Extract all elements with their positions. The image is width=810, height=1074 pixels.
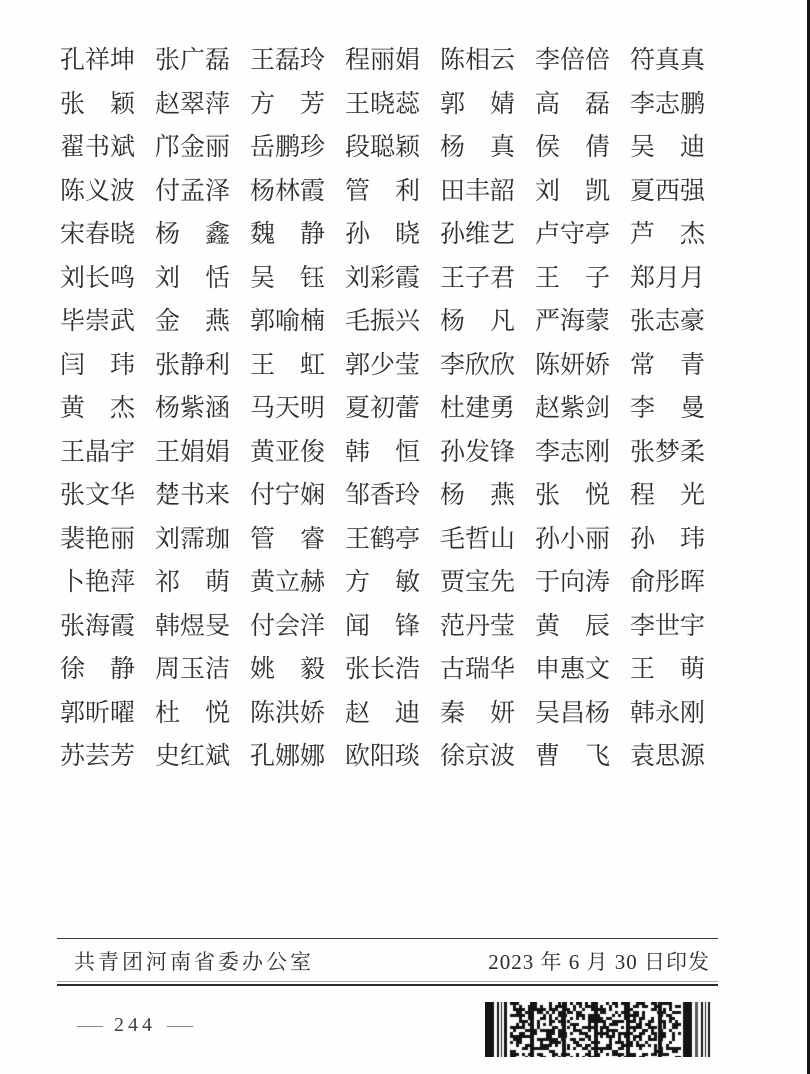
footer-bottom-rule	[57, 984, 718, 986]
name-cell: 孔娜娜	[250, 735, 325, 779]
name-cell: 王子	[535, 257, 610, 301]
name-cell: 陈相云	[440, 39, 515, 83]
name-cell: 毛振兴	[345, 300, 420, 344]
name-cell: 吴钰	[250, 257, 325, 301]
name-cell: 李曼	[630, 387, 705, 431]
name-cell: 郭昕曜	[60, 692, 135, 736]
name-cell: 刘恬	[155, 257, 230, 301]
name-cell: 王虹	[250, 344, 325, 388]
name-cell: 方敏	[345, 561, 420, 605]
name-cell: 赵翠萍	[155, 83, 230, 127]
name-cell: 杨燕	[440, 474, 515, 518]
name-cell: 姚毅	[250, 648, 325, 692]
name-cell: 郭喻楠	[250, 300, 325, 344]
name-cell: 黄立赫	[250, 561, 325, 605]
name-cell: 卜艳萍	[60, 561, 135, 605]
name-cell: 严海蒙	[535, 300, 610, 344]
name-cell: 王萌	[630, 648, 705, 692]
name-cell: 吴昌杨	[535, 692, 610, 736]
name-cell: 贾宝先	[440, 561, 515, 605]
name-cell: 赵迪	[345, 692, 420, 736]
name-cell: 韩永刚	[630, 692, 705, 736]
name-cell: 金燕	[155, 300, 230, 344]
name-cell: 韩恒	[345, 431, 420, 475]
name-cell: 徐静	[60, 648, 135, 692]
name-cell: 黄辰	[535, 605, 610, 649]
name-cell: 张悦	[535, 474, 610, 518]
name-cell: 杨鑫	[155, 213, 230, 257]
name-cell: 刘霈珈	[155, 518, 230, 562]
document-barcode	[485, 1002, 712, 1057]
footer-top-rule	[57, 938, 718, 939]
name-cell: 张长浩	[345, 648, 420, 692]
name-cell: 郭少莹	[345, 344, 420, 388]
name-cell: 吴迪	[630, 126, 705, 170]
name-cell: 张广磊	[155, 39, 230, 83]
name-cell: 古瑞华	[440, 648, 515, 692]
name-cell: 孙维艺	[440, 213, 515, 257]
name-cell: 闫玮	[60, 344, 135, 388]
name-cell: 李志刚	[535, 431, 610, 475]
name-cell: 刘凯	[535, 170, 610, 214]
name-cell: 岳鹏珍	[250, 126, 325, 170]
name-cell: 张志豪	[630, 300, 705, 344]
name-cell: 陈妍娇	[535, 344, 610, 388]
name-cell: 黄杰	[60, 387, 135, 431]
name-cell: 常青	[630, 344, 705, 388]
name-cell: 陈洪娇	[250, 692, 325, 736]
footer-bottom-rule-echo	[57, 981, 718, 982]
name-cell: 袁思源	[630, 735, 705, 779]
name-cell: 李世宇	[630, 605, 705, 649]
name-cell: 张海霞	[60, 605, 135, 649]
name-cell: 赵紫剑	[535, 387, 610, 431]
name-cell: 王晓蕊	[345, 83, 420, 127]
name-cell: 欧阳琰	[345, 735, 420, 779]
name-cell: 张文华	[60, 474, 135, 518]
document-page: 孔祥坤张广磊王磊玲程丽娟陈相云李倍倍符真真张颖赵翠萍方芳王晓蕊郭婧高磊李志鹏翟书…	[0, 0, 810, 1074]
name-cell: 王子君	[440, 257, 515, 301]
name-cell: 孙晓	[345, 213, 420, 257]
footer: 共青团河南省委办公室 2023 年 6 月 30 日印发	[57, 948, 718, 974]
name-cell: 芦杰	[630, 213, 705, 257]
name-cell: 邹香玲	[345, 474, 420, 518]
name-cell: 马天明	[250, 387, 325, 431]
name-cell: 卢守亭	[535, 213, 610, 257]
name-cell: 韩煜旻	[155, 605, 230, 649]
name-cell: 陈义波	[60, 170, 135, 214]
name-cell: 李志鹏	[630, 83, 705, 127]
name-cell: 孙小丽	[535, 518, 610, 562]
name-cell: 秦妍	[440, 692, 515, 736]
name-cell: 田丰韶	[440, 170, 515, 214]
name-cell: 于向涛	[535, 561, 610, 605]
name-cell: 侯倩	[535, 126, 610, 170]
name-cell: 付宁娴	[250, 474, 325, 518]
name-cell: 刘彩霞	[345, 257, 420, 301]
name-cell: 杨林霞	[250, 170, 325, 214]
name-grid: 孔祥坤张广磊王磊玲程丽娟陈相云李倍倍符真真张颖赵翠萍方芳王晓蕊郭婧高磊李志鹏翟书…	[60, 39, 705, 779]
name-cell: 邝金丽	[155, 126, 230, 170]
name-cell: 夏初蕾	[345, 387, 420, 431]
name-cell: 黄亚俊	[250, 431, 325, 475]
page-number-dash-right: —	[167, 1014, 193, 1037]
name-cell: 杨凡	[440, 300, 515, 344]
name-cell: 刘长鸣	[60, 257, 135, 301]
name-cell: 管睿	[250, 518, 325, 562]
name-cell: 王娟娟	[155, 431, 230, 475]
name-cell: 张梦柔	[630, 431, 705, 475]
page-number-dash-left: —	[77, 1014, 103, 1037]
name-cell: 李倍倍	[535, 39, 610, 83]
name-cell: 程丽娟	[345, 39, 420, 83]
name-cell: 苏芸芳	[60, 735, 135, 779]
name-cell: 宋春晓	[60, 213, 135, 257]
name-cell: 周玉洁	[155, 648, 230, 692]
name-cell: 郑月月	[630, 257, 705, 301]
name-cell: 曹飞	[535, 735, 610, 779]
name-cell: 李欣欣	[440, 344, 515, 388]
name-cell: 孙玮	[630, 518, 705, 562]
name-cell: 张静利	[155, 344, 230, 388]
name-cell: 魏静	[250, 213, 325, 257]
name-cell: 管利	[345, 170, 420, 214]
page-number-value: 244	[114, 1014, 156, 1037]
name-cell: 杜建勇	[440, 387, 515, 431]
name-cell: 付会洋	[250, 605, 325, 649]
page-number: — 244 —	[80, 1014, 190, 1037]
name-cell: 杜悦	[155, 692, 230, 736]
name-cell: 段聪颖	[345, 126, 420, 170]
name-cell: 毛哲山	[440, 518, 515, 562]
name-cell: 史红斌	[155, 735, 230, 779]
print-date: 2023 年 6 月 30 日印发	[488, 946, 710, 976]
issuing-office: 共青团河南省委办公室	[74, 946, 314, 976]
name-cell: 申惠文	[535, 648, 610, 692]
name-cell: 程光	[630, 474, 705, 518]
name-cell: 方芳	[250, 83, 325, 127]
name-cell: 裴艳丽	[60, 518, 135, 562]
name-cell: 杨真	[440, 126, 515, 170]
name-cell: 楚书来	[155, 474, 230, 518]
name-cell: 翟书斌	[60, 126, 135, 170]
name-cell: 徐京波	[440, 735, 515, 779]
name-cell: 孔祥坤	[60, 39, 135, 83]
name-cell: 符真真	[630, 39, 705, 83]
name-cell: 闻锋	[345, 605, 420, 649]
name-cell: 郭婧	[440, 83, 515, 127]
name-cell: 范丹莹	[440, 605, 515, 649]
name-cell: 高磊	[535, 83, 610, 127]
name-cell: 祁萌	[155, 561, 230, 605]
name-cell: 王鹤亭	[345, 518, 420, 562]
name-cell: 王磊玲	[250, 39, 325, 83]
name-cell: 夏西强	[630, 170, 705, 214]
name-cell: 王晶宇	[60, 431, 135, 475]
name-cell: 付孟泽	[155, 170, 230, 214]
name-cell: 孙发锋	[440, 431, 515, 475]
name-cell: 杨紫涵	[155, 387, 230, 431]
name-cell: 毕崇武	[60, 300, 135, 344]
name-cell: 张颖	[60, 83, 135, 127]
name-cell: 俞彤晖	[630, 561, 705, 605]
